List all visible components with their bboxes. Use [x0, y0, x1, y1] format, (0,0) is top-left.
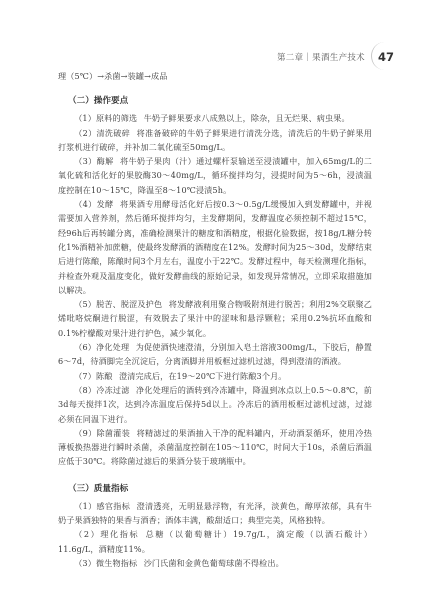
- paragraph-op-8: （8）冷冻过滤净化处理后的酒转到冷冻罐中，降温到冰点以上0.5～0.8℃，前3d…: [58, 383, 372, 426]
- paragraph-quality-2: （2）理化指标总糖（以葡萄糖计）19.7g/L，滴定酸（以酒石酸计）11.6g/…: [58, 527, 372, 556]
- item-text: 将果酒专用酵母活化好后按0.3～0.5g/L缓慢加入到发酵罐中，并视需要加入营养…: [58, 199, 372, 295]
- item-number: （3）: [74, 558, 96, 568]
- page-body: 理（5℃）→杀菌→装罐→成品 （二）操作要点 （1）原料的筛选牛奶子鲜果要求八成…: [58, 69, 372, 570]
- page-header: 第二章｜果酒生产技术 47: [277, 44, 399, 70]
- paragraph-op-7: （7）陈酿澄清完成后，在19～20℃下进行陈酿3个月。: [58, 369, 372, 383]
- item-number: （1）: [74, 501, 96, 511]
- item-term: 陈酿: [96, 371, 113, 381]
- paragraph-op-5: （5）脱苦、脱涩及护色将发酵液利用聚合物吸附剂进行脱苦；利用2%交联聚乙烯吡咯烷…: [58, 297, 372, 340]
- item-number: （5）: [74, 299, 96, 309]
- item-term: 酶解: [97, 156, 114, 166]
- item-text: 澄清完成后，在19～20℃下进行陈酿3个月。: [119, 371, 287, 381]
- item-text: 牛奶子鲜果要求八成熟以上，除杂，且无烂果、病虫果。: [144, 113, 350, 123]
- paragraph-op-2: （2）清洗破碎将准备破碎的牛奶子鲜果进行清洗分选，清洗后的牛奶子鲜果用打浆机进行…: [58, 126, 372, 155]
- paragraph-op-9: （9）除菌灌装将精滤过的果酒抽入干净的配料罐内，开动酒泵循环，使用冷热薄板换热器…: [58, 426, 372, 469]
- paragraph-op-6: （6）净化处理为促使酒快速澄清，分别加入皂土溶液300mg/L，下胶后，静置6～…: [58, 340, 372, 369]
- page-number-badge: 47: [373, 44, 399, 70]
- item-term: 清洗破碎: [96, 128, 130, 138]
- paragraph-op-1: （1）原料的筛选牛奶子鲜果要求八成熟以上，除杂，且无烂果、病虫果。: [58, 111, 372, 125]
- item-term: 脱苦、脱涩及护色: [96, 299, 162, 309]
- paragraph-quality-1: （1）感官指标澄清透亮，无明显悬浮物，有光泽，淡黄色，醇厚浓郁，具有牛奶子果酒独…: [58, 499, 372, 528]
- item-term: 微生物指标: [96, 558, 137, 568]
- process-flow-tail: 理（5℃）→杀菌→装罐→成品: [58, 69, 372, 83]
- item-number: （1）: [74, 113, 96, 123]
- item-term: 冷冻过滤: [96, 385, 129, 395]
- paragraph-op-4: （4）发酵将果酒专用酵母活化好后按0.3～0.5g/L缓慢加入到发酵罐中，并视需…: [58, 197, 372, 297]
- paragraph-op-3: （3）酶解将牛奶子果肉（汁）通过螺杆泵输送至浸渍罐中，加入65mg/L的二氧化硫…: [58, 154, 372, 197]
- item-number: （2）: [74, 529, 100, 539]
- item-number: （4）: [74, 199, 96, 209]
- item-term: 原料的筛选: [96, 113, 137, 123]
- section-heading-operations: （二）操作要点: [58, 94, 372, 108]
- item-term: 发酵: [97, 199, 114, 209]
- item-number: （9）: [74, 428, 96, 438]
- item-text: 沙门氏菌和金黄色葡萄球菌不得检出。: [144, 558, 284, 568]
- item-number: （2）: [74, 128, 96, 138]
- item-number: （7）: [74, 371, 96, 381]
- item-number: （8）: [74, 385, 96, 395]
- paragraph-quality-3: （3）微生物指标沙门氏菌和金黄色葡萄球菌不得检出。: [58, 556, 372, 570]
- item-term: 理化指标: [100, 529, 139, 539]
- item-number: （3）: [74, 156, 96, 166]
- item-term: 感官指标: [96, 501, 130, 511]
- item-number: （6）: [74, 342, 96, 352]
- section-heading-quality: （三）质量指标: [58, 482, 372, 496]
- item-term: 净化处理: [96, 342, 129, 352]
- running-head: 第二章｜果酒生产技术: [277, 51, 365, 63]
- page-number: 47: [378, 50, 394, 64]
- item-term: 除菌灌装: [96, 428, 130, 438]
